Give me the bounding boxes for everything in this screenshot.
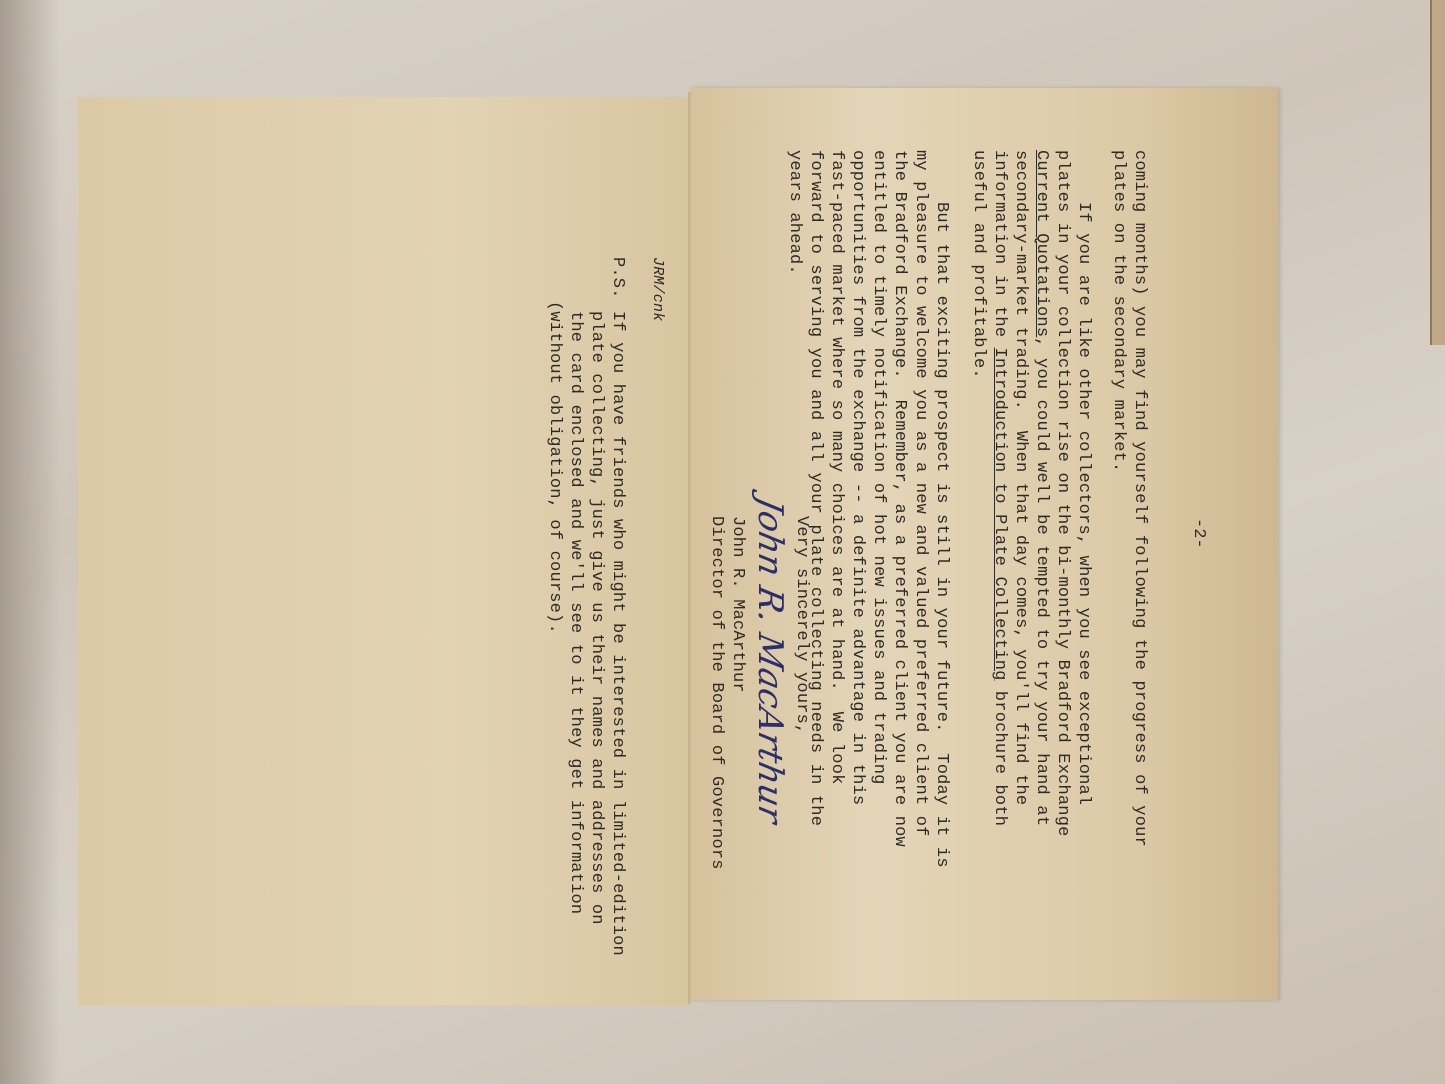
paragraph-line: entitled to timely notification of hot n… <box>868 150 889 785</box>
line-rest: brochure both <box>990 681 1009 827</box>
postscript-line: the card enclosed and we'll see to it th… <box>565 311 586 914</box>
postscript-line: If you have friends who might be interes… <box>607 311 628 956</box>
adjacent-paper-sheet <box>1430 0 1445 345</box>
paragraph-line: my pleasure to welcome you as a new and … <box>910 150 931 837</box>
page-number: -2- <box>1189 518 1208 549</box>
underlined-title: Introduction to Plate Collecting <box>990 348 1009 681</box>
paragraph-line: plates in your collection rise on the bi… <box>1052 150 1073 837</box>
closing: Very sincerely yours, <box>791 516 812 734</box>
postscript-label: P.S. <box>607 257 628 299</box>
postscript-line: (without obligation, of course). <box>544 301 565 634</box>
paragraph-line: years ahead. <box>784 150 805 275</box>
line-start: information in the <box>990 150 1009 348</box>
line-rest: , you could well be tempted to try your … <box>1032 337 1051 826</box>
paragraph-line: plates on the secondary market. <box>1108 150 1129 472</box>
paragraph-line: If you are like other collectors, when y… <box>1073 150 1094 805</box>
underlined-title: Current Quotations <box>1032 150 1051 337</box>
reference-initials: JRM/cnk <box>647 257 668 321</box>
postscript-line: plate collecting, just give us their nam… <box>586 311 607 925</box>
paragraph-line: the Bradford Exchange. Remember, as a pr… <box>889 150 910 847</box>
page-fold <box>688 92 692 1004</box>
paragraph-line: opportunities from the exchange -- a def… <box>847 150 868 805</box>
table-surface-shadow <box>0 0 60 1084</box>
paragraph-line: secondary-market trading. When that day … <box>1010 150 1031 805</box>
paragraph-line: But that exciting prospect is still in y… <box>931 150 952 868</box>
paragraph-line: fast-paced market where so many choices … <box>826 150 847 785</box>
handwritten-signature: John R. MacArthur <box>750 494 790 827</box>
paragraph-line: information in the Introduction to Plate… <box>989 150 1010 826</box>
left-page: JRM/cnk P.S. If you have friends who mig… <box>78 97 690 1005</box>
right-page: -2- coming months) you may find yourself… <box>690 88 1278 1000</box>
signer-title: Director of the Board of Governors <box>706 516 727 870</box>
paragraph-line: Current Quotations, you could well be te… <box>1031 150 1052 826</box>
paragraph-line: coming months) you may find yourself fol… <box>1129 150 1150 847</box>
paragraph-line: useful and profitable. <box>968 150 989 379</box>
signer-name: John R. MacArthur <box>727 516 748 693</box>
